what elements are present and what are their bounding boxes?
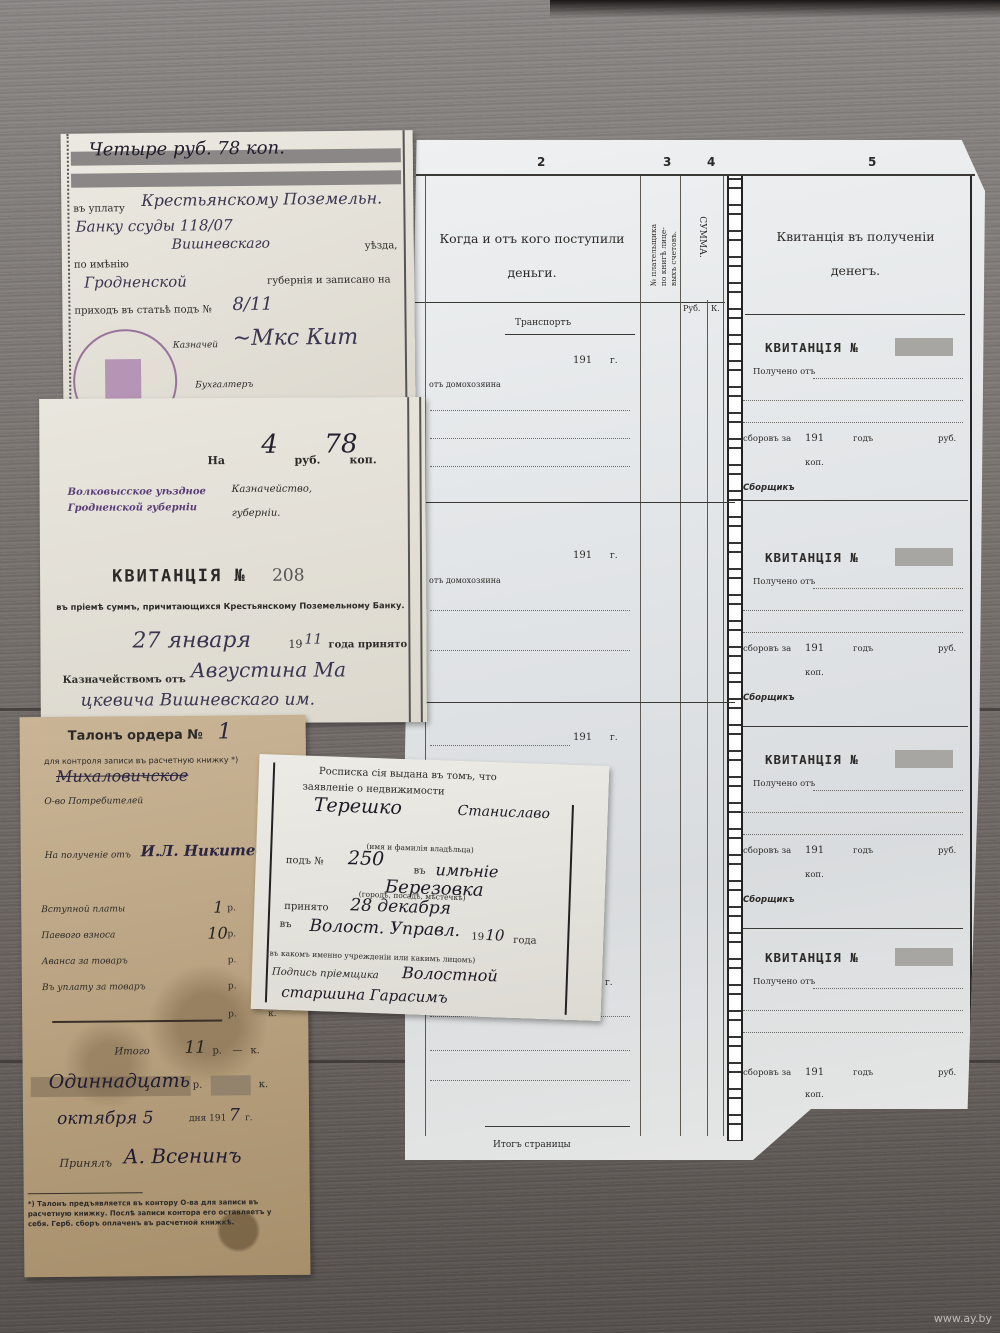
in2-label: въ [279, 919, 291, 930]
year-prefix: 19 [471, 931, 484, 942]
redacted-number [895, 948, 953, 966]
treasurer-signature: ~Мкс Кит [233, 325, 359, 351]
transport-rule [505, 334, 635, 335]
entry-dotted-line [430, 466, 630, 467]
received-from-label: Получено отъ [753, 779, 815, 789]
dotted-line [813, 988, 963, 989]
table-edge-shadow [550, 0, 1000, 18]
receipt-title: КВИТАНЦІЯ № [112, 566, 247, 587]
line-rub-unit: р. [228, 981, 237, 991]
collector-label: Сборщикъ [743, 693, 795, 703]
left-perforation [61, 134, 72, 406]
entry-dotted-line [430, 1080, 630, 1081]
right-border [565, 805, 574, 1015]
redacted-number [895, 548, 953, 566]
column-number: 3 [663, 155, 671, 169]
fees-year: 191 [805, 1067, 824, 1078]
words-rub-unit: р. [193, 1080, 203, 1091]
coat-of-arms-icon [105, 359, 141, 399]
fees-label: сборовъ за [743, 644, 791, 654]
entry-year-suffix: г. [610, 356, 618, 366]
uezd-label: уѣзда, [365, 240, 398, 251]
gubernia-hand: Гродненской [84, 273, 187, 292]
bank-receipt-208: На 4 руб. 78 коп. Волковысское уѣздное Г… [39, 397, 427, 724]
estate-label: по имѣнію [74, 259, 129, 271]
year-suffix: года [513, 935, 537, 947]
fees-kop: коп. [805, 1090, 824, 1100]
receipt-number: 208 [272, 566, 305, 586]
receipt-separator [743, 928, 963, 929]
entry-dotted-line [430, 745, 570, 746]
fees-rub: руб. [938, 434, 956, 444]
receipt-stub: КВИТАНЦІЯ № Получено отъ сборовъ за 191 … [743, 330, 968, 500]
dotted-line [743, 1032, 963, 1033]
talon-subtitle: для контроля записи въ расчетную книжку … [44, 755, 238, 766]
fees-year: 191 [805, 845, 824, 856]
fees-rub: руб. [938, 1068, 956, 1078]
talon-line: Аванса за товаръ р. [42, 955, 282, 977]
line-rub-unit: р. [228, 1009, 237, 1019]
receipt-stub: КВИТАНЦІЯ № Получено отъ сборовъ за 191 … [743, 540, 968, 710]
signature-hand-2: старшина Гарасимъ [281, 983, 448, 1007]
line-label: Вступной платы [41, 904, 125, 915]
total-rub-unit: р. [212, 1046, 222, 1057]
receipt-separator [743, 500, 968, 501]
line-rub: 1 [213, 897, 223, 916]
header-bottom-rule [415, 302, 725, 303]
words-hand: Одиннадцать [49, 1070, 190, 1093]
total-label: Итого [114, 1046, 149, 1057]
gubernia-label: губерніи. [232, 508, 281, 519]
column-divider [640, 176, 641, 1136]
fees-rub: руб. [938, 846, 956, 856]
dotted-line [743, 400, 963, 401]
receipt-title: КВИТАНЦІЯ № [765, 340, 859, 355]
col4-kop: К. [711, 304, 720, 313]
col4-header: СУММА. [697, 216, 707, 258]
gubernia-label: губернія и записано на [267, 274, 391, 286]
dotted-line [813, 378, 963, 379]
fees-god: годъ [853, 644, 873, 654]
fees-label: сборовъ за [743, 434, 791, 444]
entry-year: 191 [573, 550, 592, 561]
talon-number: 1 [218, 719, 232, 744]
entry-separator [405, 702, 735, 703]
treasury-stamp-line1: Волковысское уѣздное [68, 486, 206, 498]
line-rub-unit: р. [228, 955, 237, 965]
footnote-rule [28, 1192, 143, 1194]
amount-band [71, 170, 401, 187]
col5-header: Квитанція въ полученіи денегъ. [743, 220, 968, 288]
column-divider [723, 176, 724, 1136]
perforation-ornament [727, 176, 743, 1141]
number-hand: 250 [348, 847, 385, 870]
property-declaration-receipt: Росписка сія выдана въ томъ, что заявлен… [251, 754, 610, 1021]
entry-year: 191 [573, 355, 592, 366]
column-number: 2 [537, 155, 545, 169]
from-hand-2: цкевича Вишневскаго им. [81, 690, 315, 711]
collector-label: Сборщикъ [743, 483, 795, 493]
collector-label: Сборщикъ [743, 895, 795, 905]
treasury-label: Казначейство, [232, 484, 312, 495]
dotted-line [813, 790, 963, 791]
line-label: Въ уплату за товаръ [42, 982, 146, 993]
right-border-ornament [407, 397, 423, 722]
society-label: О-во Потребителей [44, 796, 143, 807]
dotted-line [743, 812, 963, 813]
owner-hand: Терешко [313, 794, 402, 819]
sheet-right-border [970, 176, 972, 1116]
accepted-label: принято [284, 901, 329, 914]
dotted-line [743, 834, 963, 835]
year-hand: 10 [485, 926, 505, 945]
year-hand: 11 [304, 632, 322, 648]
entry-dotted-line [430, 650, 630, 651]
year-prefix: 19 [288, 638, 302, 651]
column-divider [707, 300, 708, 1136]
entry-separator [415, 502, 735, 503]
entry-year-suffix: г. [605, 978, 613, 988]
received-from-label: Получено отъ [753, 577, 815, 587]
fees-label: сборовъ за [743, 1068, 791, 1078]
accepted-hand: А. Всенинъ [123, 1143, 241, 1168]
column-divider [680, 176, 681, 1136]
col3-header: № плательщика по книгѣ лице- выхъ счетов… [649, 224, 679, 286]
entry-hand: 8/11 [232, 294, 273, 315]
total-kop: — [232, 1045, 242, 1056]
entry-dotted-line [430, 438, 630, 439]
line-rub-unit: р. [227, 903, 236, 913]
fees-label: сборовъ за [743, 846, 791, 856]
signature-hand: Волостной [402, 963, 498, 985]
payment-hand-2: Банку ссуды 118/07 [75, 216, 232, 236]
entry-dotted-line [430, 410, 630, 411]
fees-kop: коп. [805, 668, 824, 678]
owner-hand-2: Станиславо [457, 803, 550, 822]
total-rub: 11 [184, 1038, 206, 1058]
entry-label: приходъ въ статьѣ подъ № [74, 304, 211, 316]
dotted-line [743, 610, 963, 611]
talon-line: Въ уплату за товаръ р. [42, 981, 282, 1003]
year-hand: 7 [229, 1105, 240, 1125]
entry-from: отъ домохозяина [429, 576, 501, 585]
received-from-label: Получено отъ [753, 977, 815, 987]
redacted-number [895, 338, 953, 356]
treasurer-label: Казначей [173, 340, 218, 350]
payment-label: въ уплату [73, 203, 125, 215]
signature-label: Подпись пріемщика [272, 967, 379, 982]
office-hand: Волост. Управл. [309, 916, 460, 941]
transport-label: Транспортъ [515, 318, 571, 328]
received-from-label: Получено отъ [753, 367, 815, 377]
accepted-label: года принято [328, 639, 407, 650]
entry-dotted-line [430, 610, 630, 611]
entry-year-suffix: г. [610, 551, 618, 561]
date-hand: октября 5 [57, 1108, 154, 1129]
from-label: Казначействомъ отъ [63, 674, 186, 686]
fees-god: годъ [853, 846, 873, 856]
dotted-line [743, 1010, 963, 1011]
col4-rub: Руб. [683, 304, 700, 313]
fees-god: годъ [853, 434, 873, 444]
fees-god: годъ [853, 1068, 873, 1078]
society-hand: Михаловичское [56, 766, 188, 786]
redacted-kop [211, 1075, 251, 1095]
column-number: 5 [868, 155, 876, 169]
date-label: дня 191 [189, 1113, 226, 1123]
accountant-label: Бухгалтеръ [195, 380, 253, 391]
from-hand: Августина Ма [191, 657, 347, 682]
date-hand: 28 декабря [350, 895, 451, 919]
payment-hand: Крестьянскому Поземельн. [141, 188, 382, 210]
receipt-title: КВИТАНЦІЯ № [765, 950, 859, 965]
fees-kop: коп. [805, 458, 824, 468]
talon-line: Вступной платы 1 р. [41, 903, 281, 925]
entry-from: отъ домохозяина [429, 380, 501, 389]
fees-year: 191 [805, 433, 824, 444]
line-rub-unit: р. [227, 929, 236, 939]
receipt-separator [743, 726, 968, 727]
line-rub: 10 [207, 923, 228, 942]
amount-prefix: На [207, 454, 225, 467]
receipt-stub: КВИТАНЦІЯ № Получено отъ сборовъ за 191 … [743, 940, 968, 1110]
words-kop-unit: к. [259, 1079, 269, 1090]
date-hand: 27 января [132, 628, 251, 654]
entry-year-suffix: г. [610, 733, 618, 743]
dotted-line [743, 632, 963, 633]
dotted-line [813, 588, 963, 589]
office-caption: (въ какомъ именно учрежденіи или какимъ … [266, 948, 475, 964]
estate-hand: Вишневскаго [172, 236, 270, 253]
fees-rub: руб. [938, 644, 956, 654]
under-label: подъ № [286, 855, 324, 867]
fees-kop: коп. [805, 870, 824, 880]
date-suffix: г. [245, 1113, 253, 1123]
line-kop-unit: к. [268, 1009, 277, 1019]
talon-title: Талонъ ордера № [68, 728, 203, 744]
treasury-receipt-stub: Четыре руб. 78 коп. въ уплату Крестьянск… [61, 130, 416, 406]
col2-header: Когда и отъ кого поступили деньги. [427, 222, 637, 290]
line-label: Паевого взноса [41, 930, 115, 941]
received-label: На полученіе отъ [45, 850, 131, 861]
talon-line: Паевого взноса 10 р. [41, 929, 281, 951]
page-total-label: Итогъ страницы [493, 1140, 571, 1150]
amount-rub: 4 [261, 430, 278, 460]
receipt-title: КВИТАНЦІЯ № [765, 752, 859, 767]
header-top-rule [415, 174, 975, 176]
receipt-purpose: въ пріемѣ суммъ, причитающихся Крестьянс… [56, 600, 404, 612]
fees-year: 191 [805, 643, 824, 654]
header-bottom-rule-right [745, 314, 965, 315]
entry-dotted-line [430, 1050, 630, 1051]
raspiska-line1: Росписка сія выдана въ томъ, что [319, 766, 497, 783]
total-rule [485, 1126, 630, 1127]
rub-label: руб. [294, 454, 320, 467]
column-number: 4 [707, 155, 715, 169]
watermark: www.ay.by [934, 1312, 992, 1325]
kop-label: коп. [349, 453, 376, 466]
accepted-label: Принялъ [59, 1156, 112, 1169]
right-border-ornament [403, 130, 416, 402]
in-label: въ [413, 865, 425, 876]
redacted-number [895, 750, 953, 768]
footnote: *) Талонъ предъявляется въ контору О-ва … [28, 1197, 278, 1229]
total-kop-unit: к. [250, 1045, 260, 1056]
line-label: Аванса за товаръ [42, 956, 128, 967]
receipt-stub: КВИТАНЦІЯ № Получено отъ сборовъ за 191 … [743, 742, 968, 912]
entry-year: 191 [573, 732, 592, 743]
treasury-stamp-line2: Гродненской губерніи [68, 502, 197, 514]
handwritten-amount: Четыре руб. 78 коп. [89, 138, 285, 161]
receipt-title: КВИТАНЦІЯ № [765, 550, 859, 565]
dotted-line [743, 422, 963, 423]
